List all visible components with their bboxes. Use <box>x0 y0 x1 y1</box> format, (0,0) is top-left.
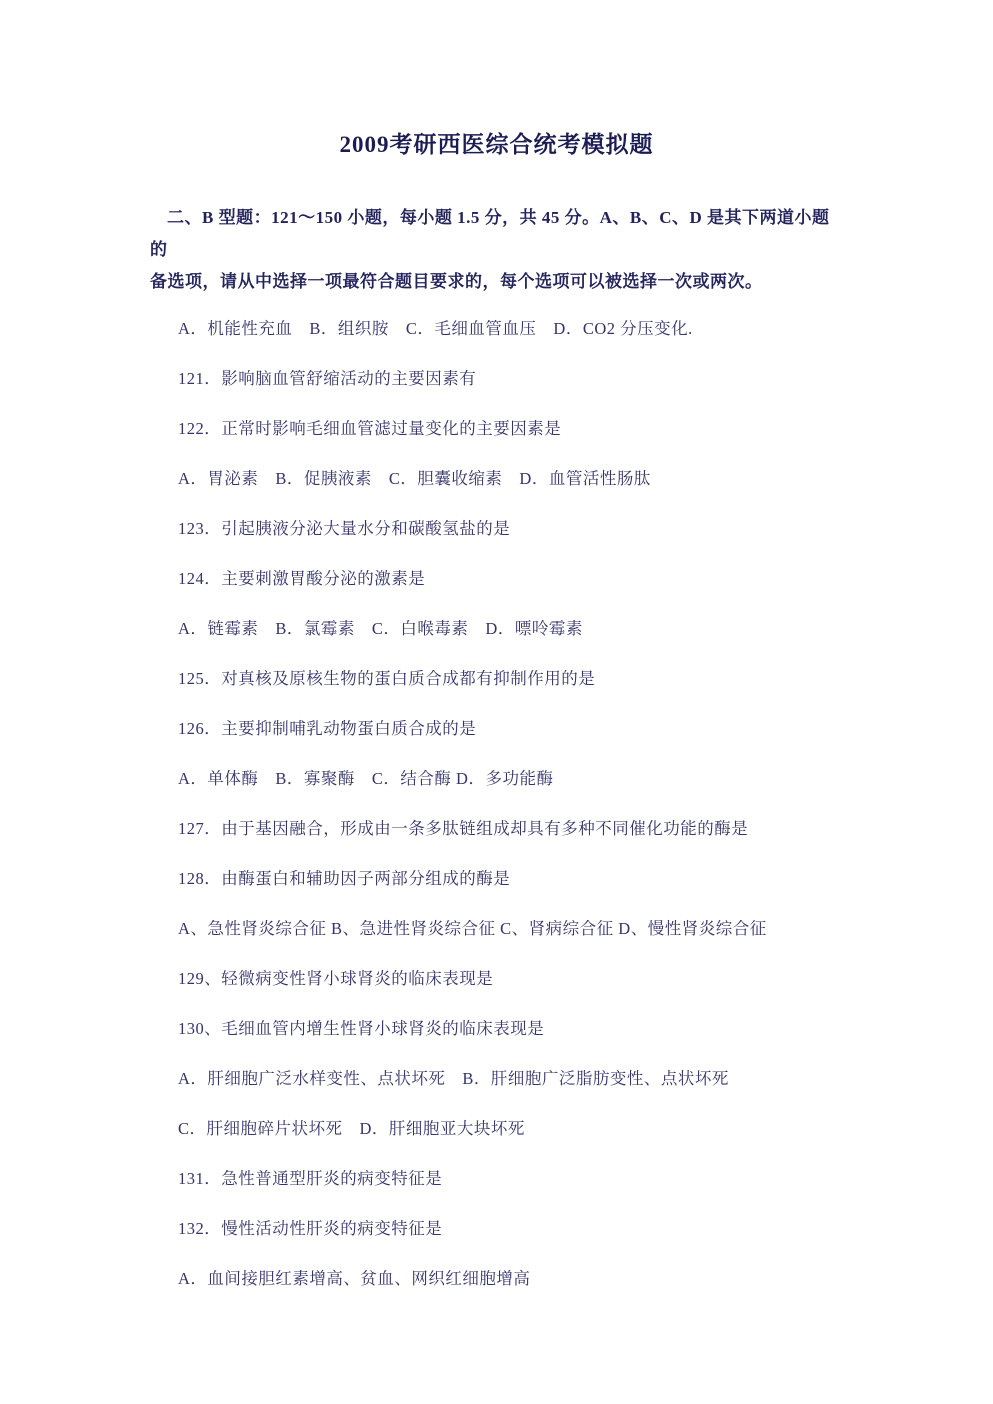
answer-options-row: A．机能性充血 B．组织胺 C．毛细血管血压 D．CO2 分压变化. <box>178 320 843 337</box>
question-row: 132．慢性活动性肝炎的病变特征是 <box>178 1220 843 1237</box>
document-title: 2009考研西医综合统考模拟题 <box>150 130 843 160</box>
question-row: 123．引起胰液分泌大量水分和碳酸氢盐的是 <box>178 520 843 537</box>
answer-options-row: A．肝细胞广泛水样变性、点状坏死 B．肝细胞广泛脂肪变性、点状坏死 <box>178 1070 843 1087</box>
answer-options-row: A．胃泌素 B．促胰液素 C．胆囊收缩素 D．血管活性肠肽 <box>178 470 843 487</box>
document-content: 2009考研西医综合统考模拟题 二、B 型题：121～150 小题，每小题 1.… <box>0 0 993 1287</box>
answer-options-row: A．链霉素 B．氯霉素 C．白喉毒素 D．嘌呤霉素 <box>178 620 843 637</box>
instructions-line-1: 二、B 型题：121～150 小题，每小题 1.5 分，共 45 分。A、B、C… <box>150 208 830 259</box>
question-row: 121．影响脑血管舒缩活动的主要因素有 <box>178 370 843 387</box>
question-row: 127．由于基因融合，形成由一条多肽链组成却具有多种不同催化功能的酶是 <box>178 820 843 837</box>
question-row: 124．主要刺激胃酸分泌的激素是 <box>178 570 843 587</box>
question-row: 128．由酶蛋白和辅助因子两部分组成的酶是 <box>178 870 843 887</box>
answer-options-row: A．血间接胆红素增高、贫血、网织红细胞增高 <box>178 1270 843 1287</box>
question-row: 131．急性普通型肝炎的病变特征是 <box>178 1170 843 1187</box>
question-list: A．机能性充血 B．组织胺 C．毛细血管血压 D．CO2 分压变化. 121．影… <box>150 320 843 1287</box>
question-row: 125．对真核及原核生物的蛋白质合成都有抑制作用的是 <box>178 670 843 687</box>
question-row: 129、轻微病变性肾小球肾炎的临床表现是 <box>178 970 843 987</box>
instructions-line-2: 备选项，请从中选择一项最符合题目要求的，每个选项可以被选择一次或两次。 <box>150 272 763 291</box>
question-row: 130、毛细血管内增生性肾小球肾炎的临床表现是 <box>178 1020 843 1037</box>
answer-options-row: A、急性肾炎综合征 B、急进性肾炎综合征 C、肾病综合征 D、慢性肾炎综合征 <box>178 920 843 937</box>
question-row: 122．正常时影响毛细血管滤过量变化的主要因素是 <box>178 420 843 437</box>
answer-options-row: A．单体酶 B．寡聚酶 C．结合酶 D．多功能酶 <box>178 770 843 787</box>
section-instructions: 二、B 型题：121～150 小题，每小题 1.5 分，共 45 分。A、B、C… <box>150 202 843 298</box>
answer-options-row: C．肝细胞碎片状坏死 D．肝细胞亚大块坏死 <box>178 1120 843 1137</box>
question-row: 126．主要抑制哺乳动物蛋白质合成的是 <box>178 720 843 737</box>
document-page: 2009考研西医综合统考模拟题 二、B 型题：121～150 小题，每小题 1.… <box>0 0 993 1404</box>
